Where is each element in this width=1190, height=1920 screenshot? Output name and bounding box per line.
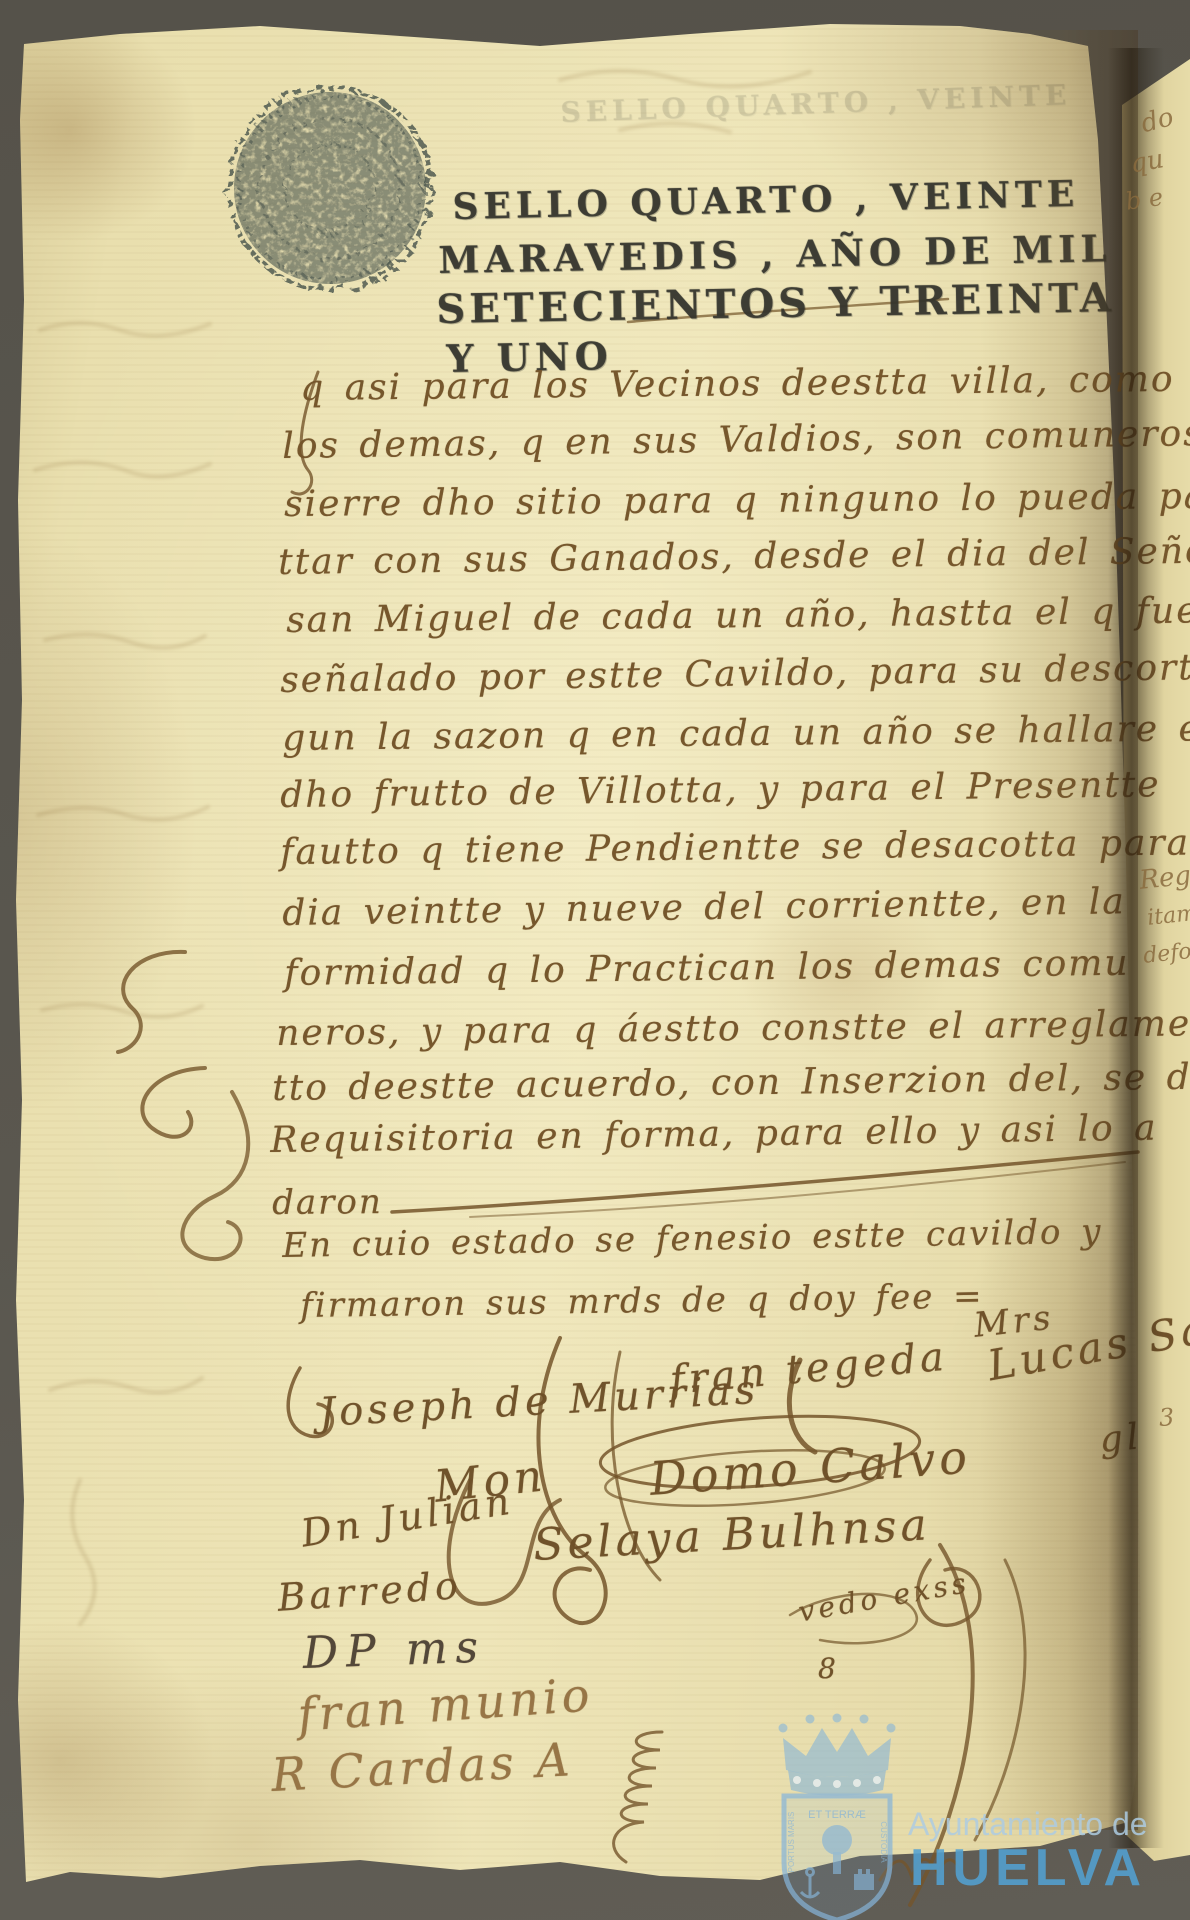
adjacent-page-fragment: b e xyxy=(1124,183,1165,216)
scanned-manuscript: SELLO QUARTO , VEINTE SELLO QUARTO , VEI… xyxy=(0,0,1190,1920)
adjacent-page-fragment: Reg xyxy=(1138,861,1190,896)
adjacent-page-fragment: itam xyxy=(1146,901,1190,931)
shield-anchor-icon xyxy=(801,1869,819,1899)
signature-gl-rubric: gl xyxy=(1098,1416,1144,1461)
manuscript-line-3: sierre dho sitio para q ninguno lo pueda… xyxy=(284,476,1190,525)
shield-tower-icon xyxy=(854,1869,874,1890)
adjacent-page-fragment: qu xyxy=(1128,144,1166,179)
adjacent-page-fragment: defor xyxy=(1142,938,1190,969)
adjacent-page-fragment: 3 xyxy=(1158,1403,1175,1432)
signature-dp-ms-rubric: DP ms xyxy=(302,1622,487,1679)
manuscript-line-15: daron xyxy=(272,1182,383,1223)
signature-number-8: 8 xyxy=(818,1652,840,1685)
